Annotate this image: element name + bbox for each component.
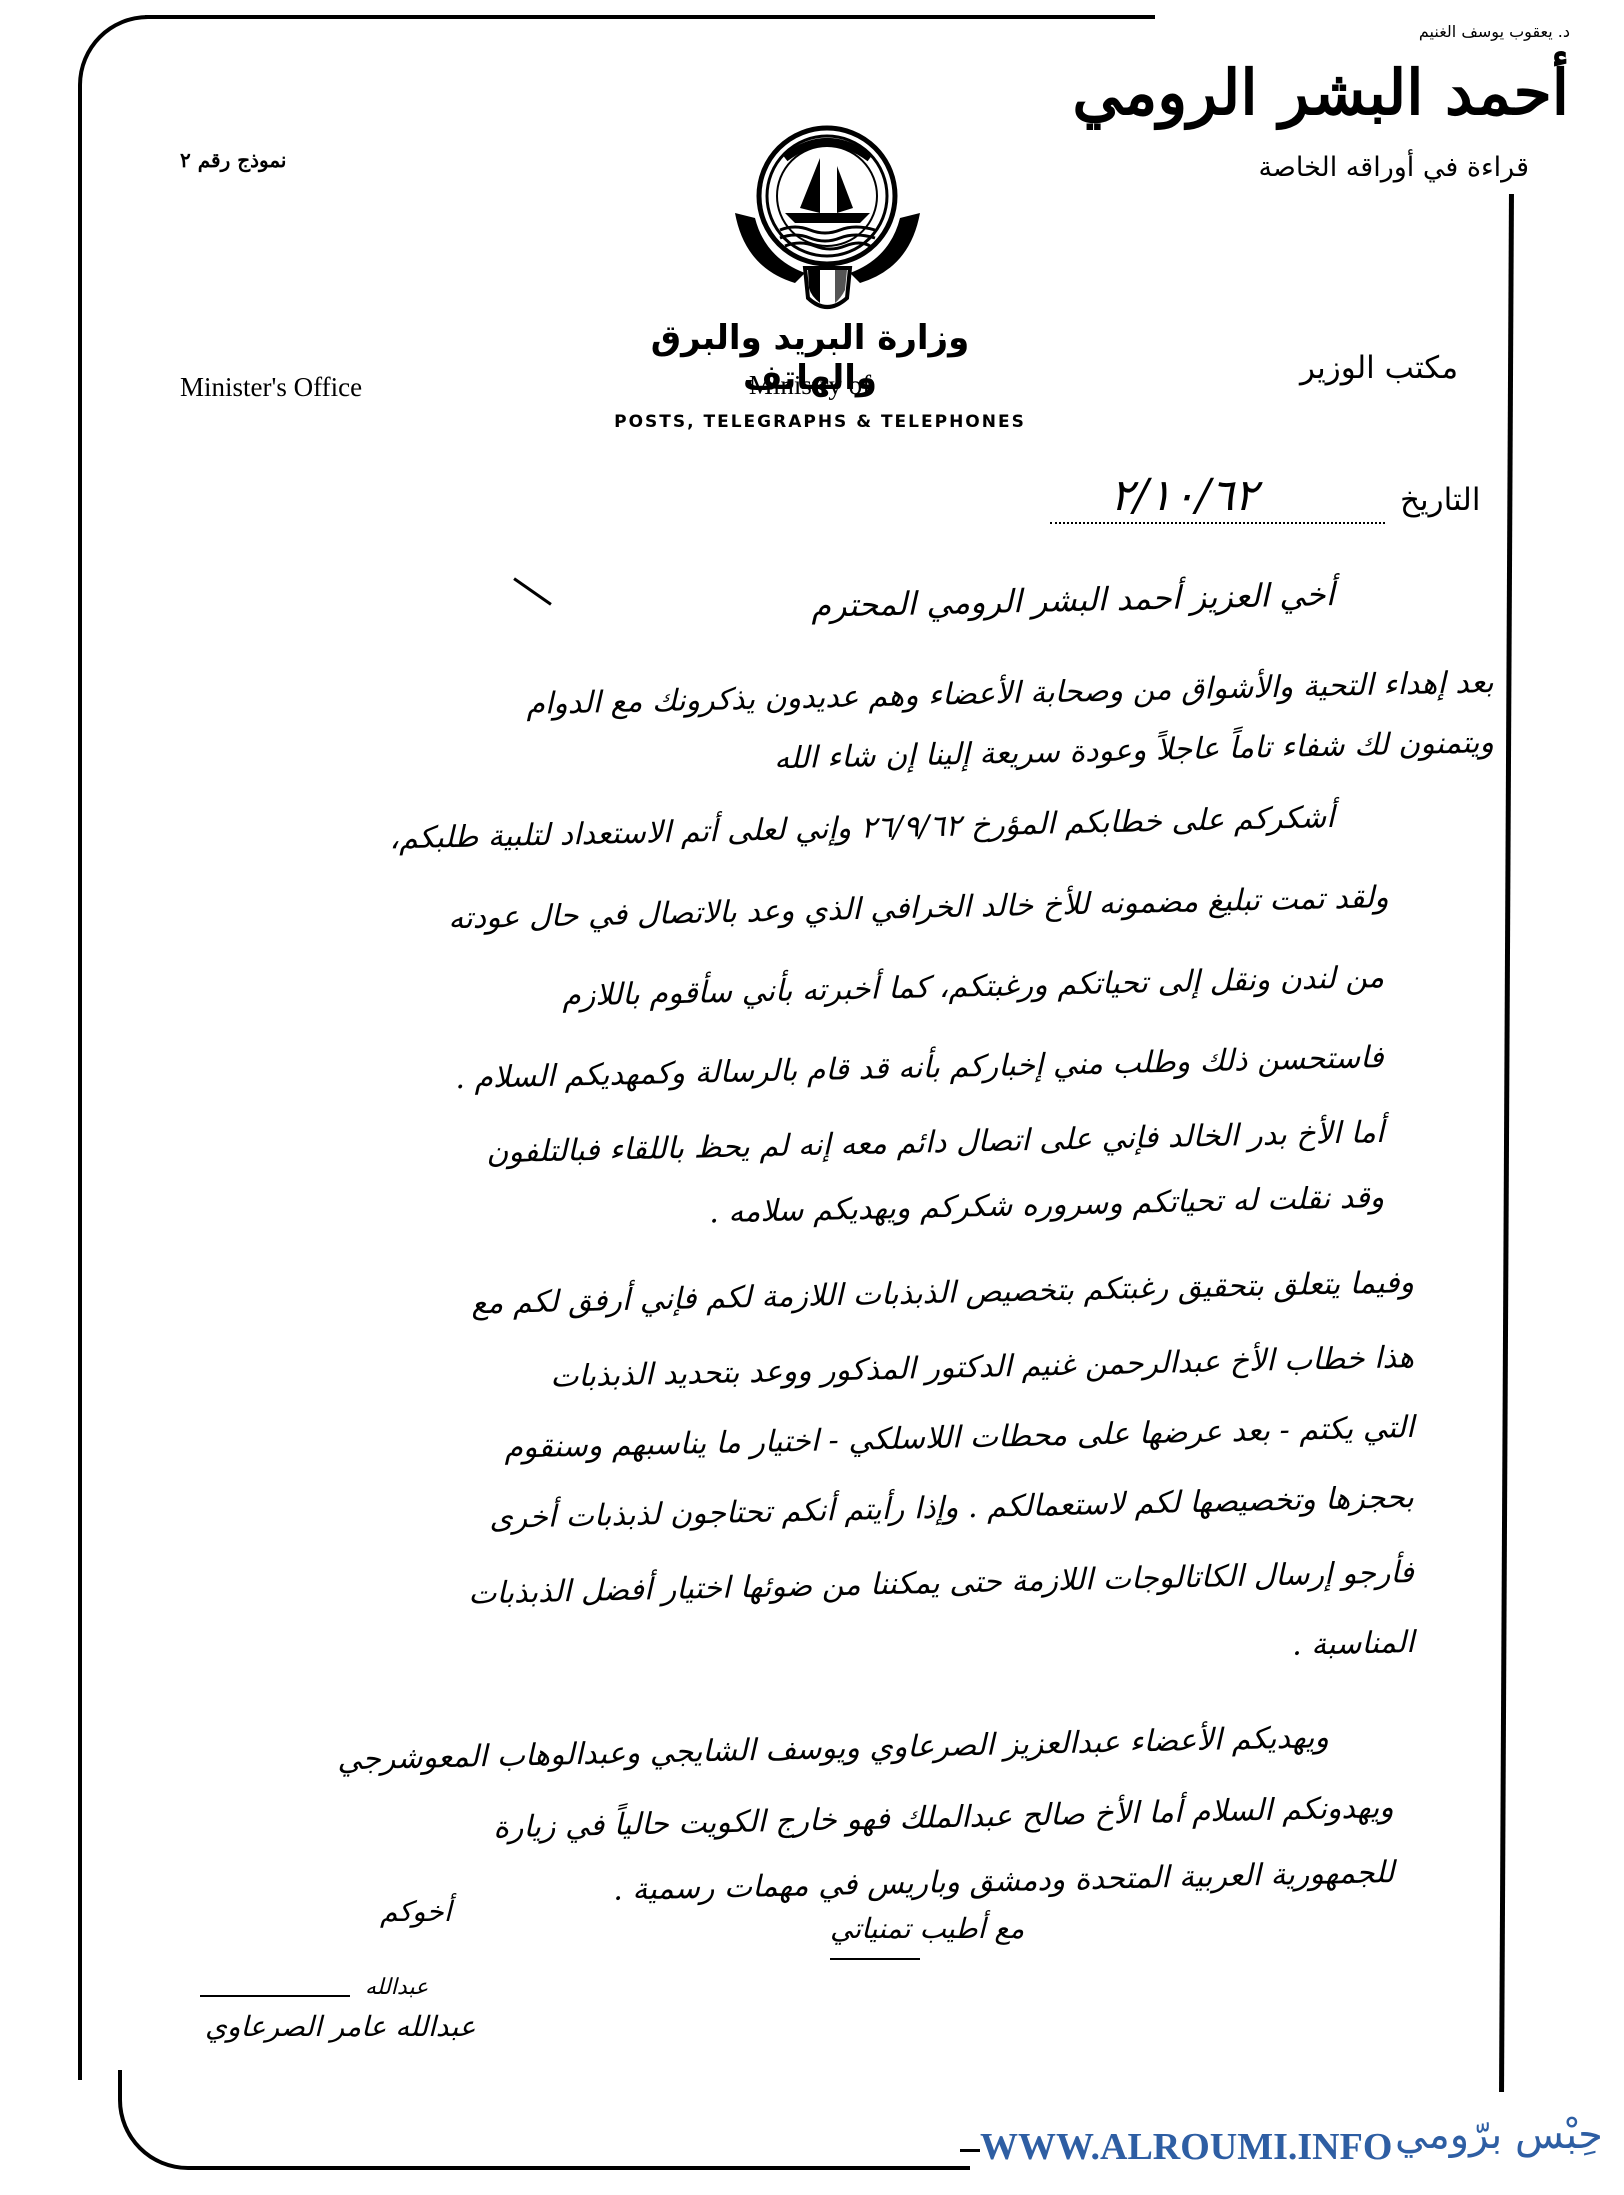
signature-name: عبدالله عامر الصرعاوي <box>205 2010 476 2043</box>
frame-top-border <box>145 15 1155 19</box>
signature-initials: عبدالله <box>365 1975 428 2000</box>
date-value: ٢/١٠/٦٢ <box>1110 470 1258 521</box>
kuwait-emblem-icon <box>725 118 930 318</box>
book-author: د. يعقوب يوسف الغنيم <box>1419 22 1570 41</box>
closing-underline <box>830 1958 920 1960</box>
ministry-name-en-line2: POSTS, TELEGRAPHS & TELEPHONES <box>580 412 1060 432</box>
letter-line: فاستحسن ذلك وطلب مني إخباركم بأنه قد قام… <box>455 1040 1384 1096</box>
book-subtitle: قراءة في أوراقه الخاصة <box>1258 152 1529 183</box>
letter-line: بعد إهداء التحية والأشواق من وصحابة الأع… <box>526 665 1494 722</box>
frame-corner-top-left <box>78 15 218 155</box>
signature-rule <box>200 1995 350 1997</box>
watermark-arabic: حِبْس برّومي <box>1395 2112 1603 2158</box>
frame-right-border <box>1499 194 1514 2092</box>
closing: أخوكم <box>380 1895 452 1928</box>
salutation: أخي العزيز أحمد البشر الرومي المحترم <box>810 575 1334 625</box>
letter-line: ويهدونكم السلام أما الأخ صالح عبدالملك ف… <box>493 1790 1394 1845</box>
letter-line: المناسبة . <box>1291 1625 1414 1663</box>
letter-line: وقد نقلت له تحياتكم وسروره شكركم ويهديكم… <box>709 1180 1385 1230</box>
office-label-en: Minister's Office <box>180 372 362 403</box>
office-label-ar: مكتب الوزير <box>1300 350 1458 386</box>
frame-left-border <box>78 150 82 2080</box>
watermark-url: WWW.ALROUMI.INFO <box>980 2125 1392 2169</box>
letter-line: هذا خطاب الأخ عبدالرحمن غنيم الدكتور الم… <box>550 1340 1415 1395</box>
letter-line: من لندن ونقل إلى تحياتكم ورغبتكم، كما أخ… <box>562 960 1385 1014</box>
date-dotted-line <box>1050 522 1385 524</box>
letter-line: بحجزها وتخصيصها لكم لاستعمالكم . وإذا رأ… <box>489 1480 1414 1536</box>
form-number: نموذج رقم ٢ <box>180 148 286 172</box>
letter-line: ويهديكم الأعضاء عبدالعزيز الصرعاوي ويوسف… <box>337 1720 1329 1777</box>
book-title: أحمد البشر الرومي <box>1072 62 1569 124</box>
letter-line: أشكركم على خطابكم المؤرخ ٢٦/٩/٦٢ وإني لع… <box>388 800 1334 856</box>
closing-wish: مع أطيب تمنياتي <box>830 1912 1024 1945</box>
letter-line: ويتمنون لك شفاء تاماً عاجلاً وعودة سريعة… <box>774 725 1494 776</box>
frame-bottom-border <box>230 2166 970 2170</box>
ministry-name-en-line1: Ministry of <box>600 370 1020 401</box>
pen-mark <box>513 577 552 605</box>
letter-line: التي يكتم - بعد عرضها على محطات اللاسلكي… <box>504 1410 1415 1466</box>
letter-line: ولقد تمت تبليغ مضمونه للأخ خالد الخرافي … <box>448 880 1389 936</box>
letter-line: وفيما يتعلق بتحقيق رغبتكم بتخصيص الذبذبا… <box>471 1265 1415 1321</box>
watermark-rule <box>960 2149 980 2152</box>
letter-line: فأرجو إرسال الكاتالوجات اللازمة حتى يمكن… <box>468 1555 1414 1611</box>
frame-corner-bottom-left <box>118 2070 238 2170</box>
letter-line: أما الأخ بدر الخالد فإني على اتصال دائم … <box>486 1115 1385 1170</box>
date-label: التاريخ <box>1400 482 1480 518</box>
letter-line: للجمهورية العربية المتحدة ودمشق وباريس ف… <box>612 1855 1394 1908</box>
